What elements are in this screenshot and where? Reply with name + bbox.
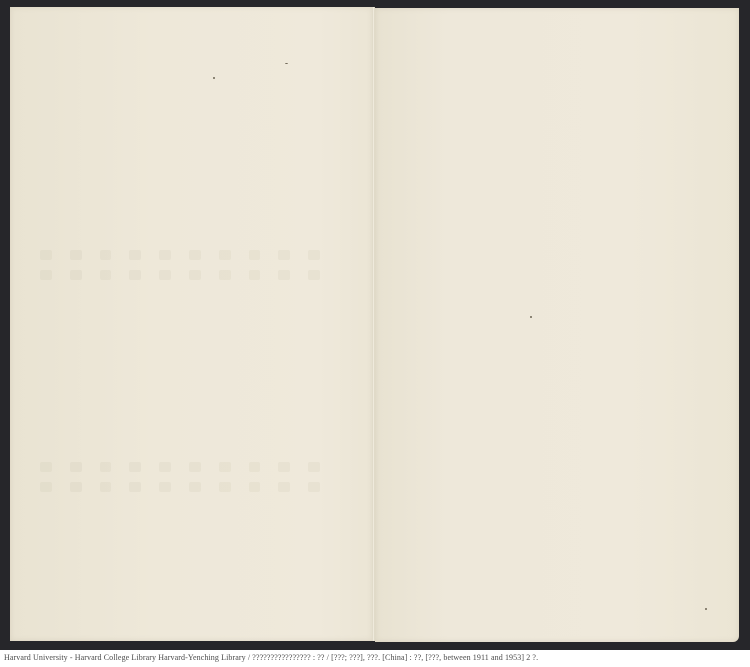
bleed-through-text [40,482,320,492]
scan-image [0,0,750,650]
bleed-through-text [40,250,320,260]
bleed-through-text [40,462,320,472]
bleed-through-text [40,270,320,280]
paper-speck [213,77,215,79]
paper-speck [285,63,288,64]
paper-speck [705,608,707,610]
paper-speck [530,316,532,318]
citation-footer: Harvard University - Harvard College Lib… [4,652,746,664]
left-page [10,7,373,641]
right-page [375,8,739,642]
